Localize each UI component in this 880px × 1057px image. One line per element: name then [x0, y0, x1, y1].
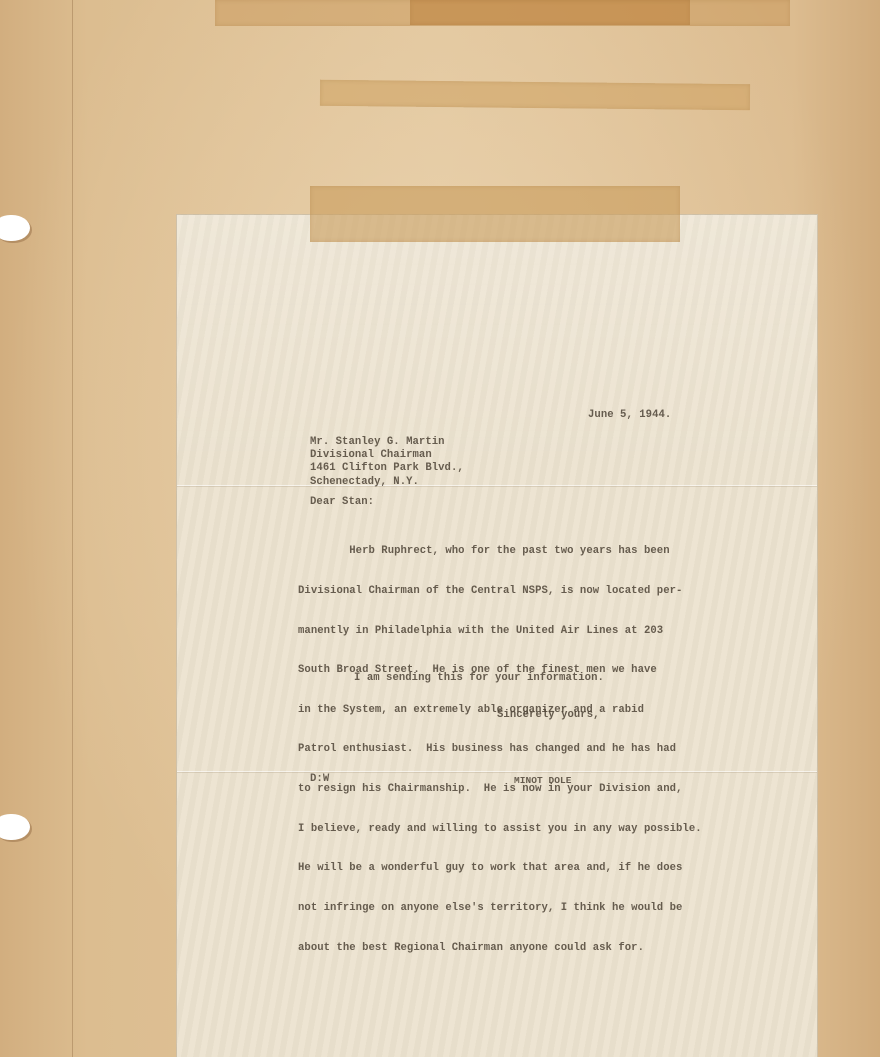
tape-stain-top: [410, 0, 690, 25]
binding-line: [72, 0, 73, 1057]
body-line: Herb Ruphrect, who for the past two year…: [298, 545, 702, 558]
signer-name: MINOT DOLE: [514, 774, 572, 787]
letter-date: June 5, 1944.: [588, 409, 671, 422]
fold-crease: [177, 485, 817, 486]
body-line: not infringe on anyone else's territory,…: [298, 902, 702, 915]
body-line: to resign his Chairmanship. He is now in…: [298, 783, 702, 796]
reference-initials: D:W: [310, 773, 329, 786]
body-line: about the best Regional Chairman anyone …: [298, 942, 702, 955]
body-line: Divisional Chairman of the Central NSPS,…: [298, 585, 702, 598]
recipient-city: Schenectady, N.Y.: [310, 476, 464, 489]
recipient-address: Mr. Stanley G. MartinDivisional Chairman…: [310, 436, 464, 489]
closing-paragraph: I am sending this for your information.: [354, 672, 604, 685]
recipient-title: Divisional Chairman: [310, 449, 464, 462]
body-line: manently in Philadelphia with the United…: [298, 625, 702, 638]
letter-body: Herb Ruphrect, who for the past two year…: [298, 519, 702, 968]
body-line: Patrol enthusiast. His business has chan…: [298, 743, 702, 756]
complimentary-close: Sincerely yours,: [497, 709, 600, 722]
recipient-name: Mr. Stanley G. Martin: [310, 436, 464, 449]
tape-strip-letter: [310, 186, 680, 242]
salutation: Dear Stan:: [310, 496, 374, 509]
body-line: I believe, ready and willing to assist y…: [298, 823, 702, 836]
tape-strip-middle: [320, 80, 750, 111]
recipient-street: 1461 Clifton Park Blvd.,: [310, 462, 464, 475]
body-line: He will be a wonderful guy to work that …: [298, 862, 702, 875]
